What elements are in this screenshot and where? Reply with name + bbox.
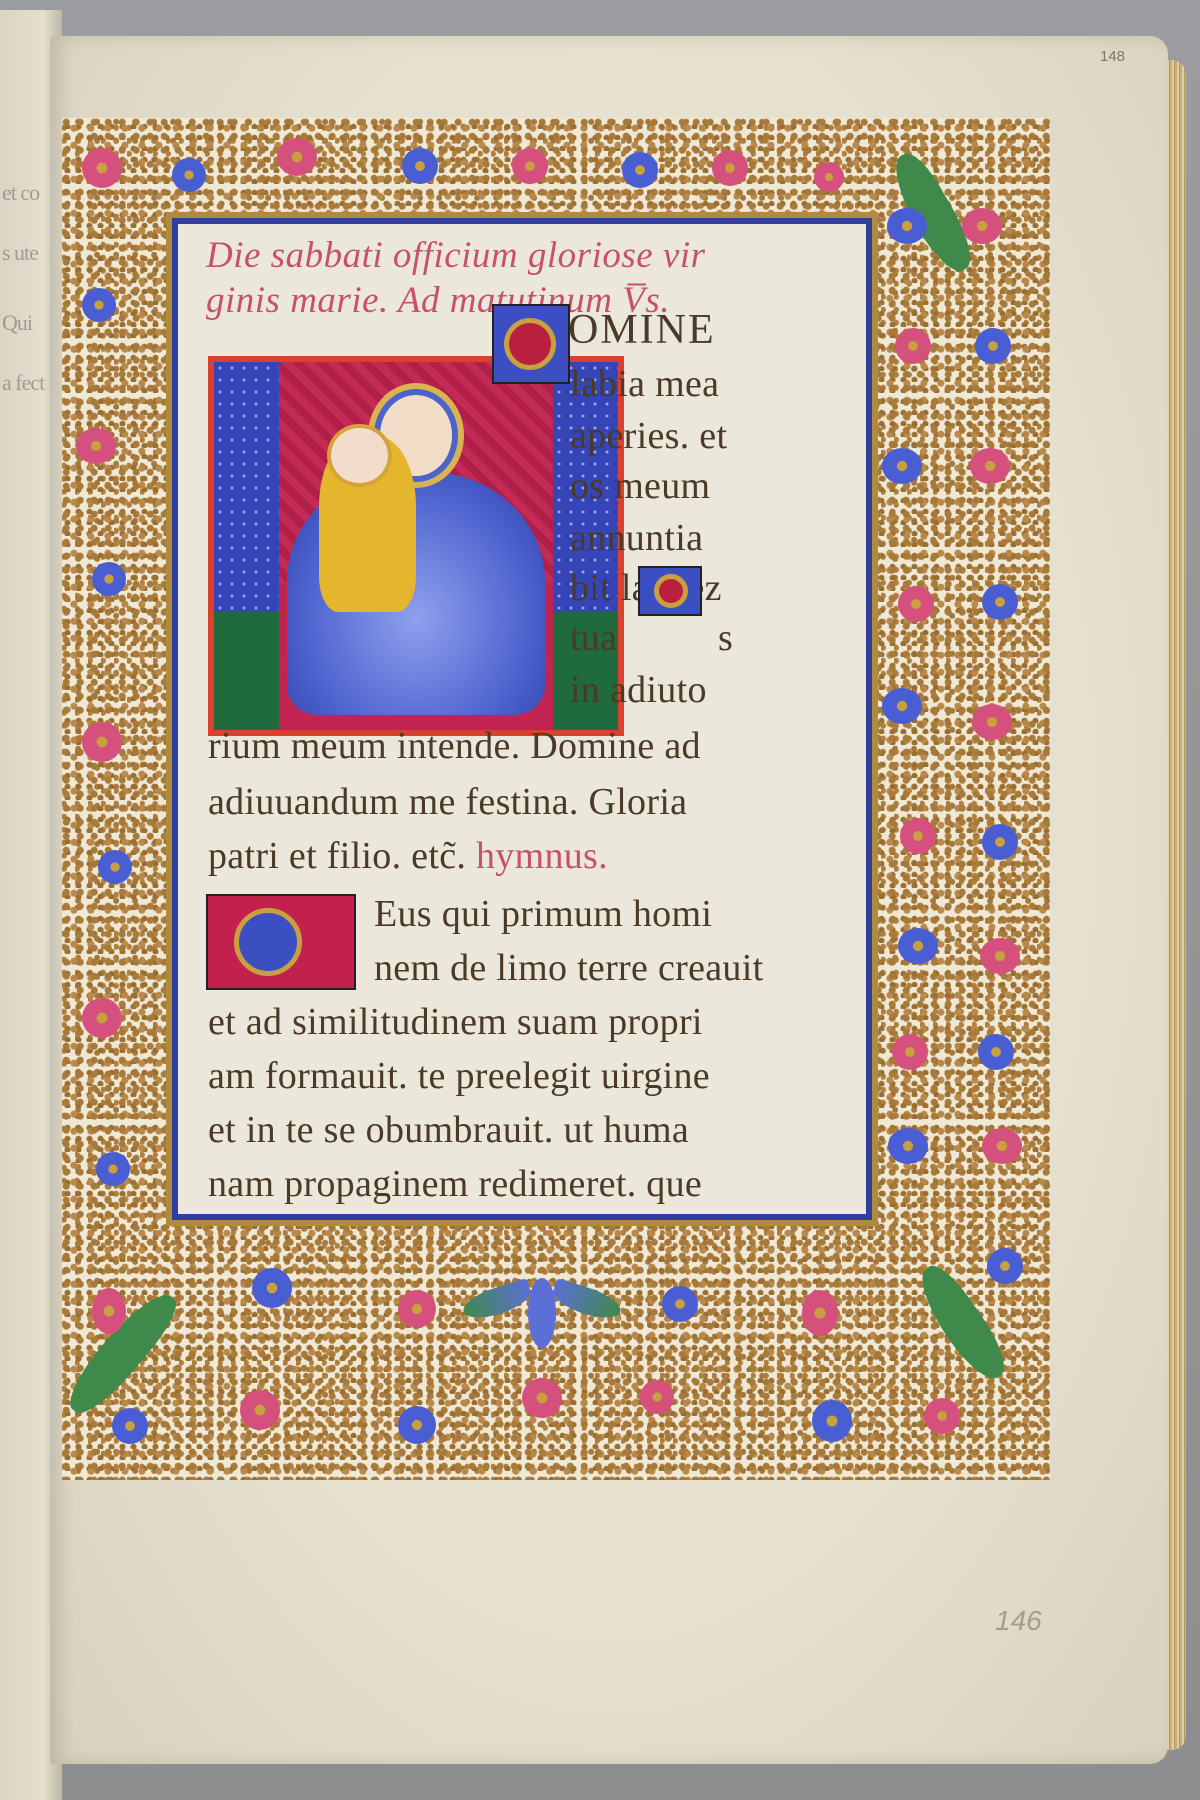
carnation-icon: [277, 138, 317, 176]
rubric-line: Die sabbati officium gloriose vir: [206, 234, 706, 277]
text-line: patri et filio. etc̃. hymnus.: [208, 834, 608, 878]
folio-number-bottom: 146: [995, 1605, 1042, 1637]
bellflower-icon: [92, 1288, 126, 1334]
text-line: annuntia: [570, 516, 703, 560]
flower-icon: [98, 850, 132, 884]
bellflower-icon: [82, 722, 122, 762]
flower-icon: [982, 824, 1018, 860]
text-line: s: [718, 616, 733, 660]
carnation-icon: [980, 938, 1020, 974]
flower-icon: [982, 584, 1018, 620]
blue-frame: Die sabbati officium gloriose vir ginis …: [172, 218, 872, 1220]
text-area: Die sabbati officium gloriose vir ginis …: [178, 224, 866, 1214]
illuminated-initial-d: [492, 304, 570, 384]
carnation-icon: [982, 1128, 1022, 1164]
carnation-icon: [240, 1390, 280, 1430]
text-line: tua: [570, 616, 617, 660]
flower-icon: [662, 1286, 698, 1322]
bellflower-icon: [522, 1378, 562, 1418]
text-line: nem de limo terre creauit: [374, 946, 763, 990]
carnation-icon: [882, 688, 922, 724]
rose-icon: [398, 1290, 436, 1328]
text-line: adiuuandum me festina. Gloria: [208, 780, 687, 824]
carnation-icon: [888, 1128, 928, 1164]
carnation-icon: [898, 928, 938, 964]
text-line: labia mea: [570, 362, 719, 406]
carnation-icon: [512, 148, 548, 184]
rose-icon: [814, 162, 844, 192]
flower-icon: [622, 152, 658, 188]
child-head-halo: [331, 428, 388, 483]
text-line: rium meum intende. Domine ad: [208, 724, 701, 768]
text-line: aperies. et: [570, 414, 727, 458]
facing-page-text: et co: [2, 180, 39, 206]
hymnus-rubric: hymnus.: [476, 835, 608, 877]
text-line: Eus qui primum homi: [374, 892, 712, 936]
carnation-icon: [972, 704, 1012, 740]
carnation-icon: [802, 1290, 838, 1336]
carnation-icon: [812, 1400, 852, 1442]
flower-icon: [112, 1408, 148, 1444]
text-line: am formauit. te preelegit uirgine: [208, 1054, 710, 1098]
carnation-icon: [970, 448, 1010, 484]
rose-icon: [898, 586, 934, 622]
flower-icon: [398, 1406, 436, 1444]
rose-icon: [892, 1034, 928, 1070]
facing-page-text: a fect: [2, 370, 44, 396]
bellflower-icon: [76, 428, 116, 464]
rose-icon: [895, 328, 931, 364]
folio-number-top: 148: [1100, 48, 1125, 65]
text-block-frame: Die sabbati officium gloriose vir ginis …: [166, 212, 878, 1226]
text-line: in adiuto: [570, 668, 707, 712]
illuminated-initial-d: [638, 566, 702, 616]
flower-icon: [987, 1248, 1023, 1284]
carnation-icon: [882, 448, 922, 484]
flower-icon: [978, 1034, 1014, 1070]
miniature-virgin-and-child: [208, 356, 624, 736]
flower-icon: [975, 328, 1011, 364]
text-line: nam propaginem redimeret. que: [208, 1162, 702, 1206]
flower-icon: [172, 158, 206, 192]
flower-icon: [96, 1152, 130, 1186]
rose-icon: [924, 1398, 960, 1434]
carnation-icon: [252, 1268, 292, 1308]
facing-page-text: Qui: [2, 310, 32, 336]
dove-icon: [462, 1278, 622, 1348]
carnation-icon: [712, 150, 748, 186]
text-line: os meum: [570, 464, 710, 508]
text-line: et ad similitudinem suam propri: [208, 1000, 703, 1044]
carnation-icon: [962, 208, 1002, 244]
facing-page-text: s ute: [2, 240, 38, 266]
text-line: et in te se obumbrauit. ut huma: [208, 1108, 689, 1152]
flower-icon: [402, 148, 438, 184]
throne-side-left: [214, 362, 279, 612]
flower-icon: [82, 288, 116, 322]
rose-icon: [640, 1380, 674, 1414]
text-line: OMINE: [568, 306, 716, 354]
illuminated-initial-d: [206, 894, 356, 990]
rose-icon: [900, 818, 936, 854]
carnation-icon: [887, 208, 927, 244]
flower-icon: [92, 562, 126, 596]
carnation-icon: [82, 148, 122, 188]
bellflower-icon: [82, 998, 122, 1038]
